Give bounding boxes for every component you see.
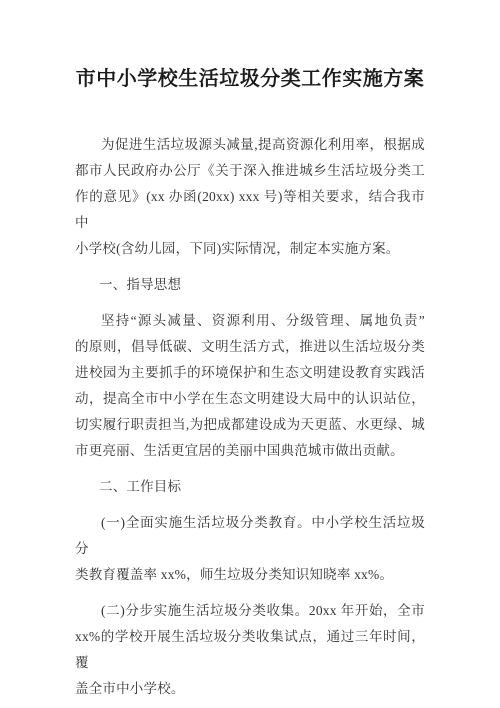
guiding-ideology-paragraph: 坚持“源头减量、资源利用、分级管理、属地负责” 的原则，倡导低碳、文明生活方式，… bbox=[75, 308, 425, 464]
paragraph-line: xx%的学校开展生活垃圾分类收集试点，通过三年时间，覆 bbox=[75, 624, 425, 676]
paragraph-line: 进校园为主要抓手的环境保护和生态文明建设教育实践活 bbox=[75, 360, 425, 386]
intro-paragraph: 为促进生活垃圾源头减量,提高资源化利用率，根据成 都市人民政府办公厅《关于深入推… bbox=[75, 132, 425, 262]
paragraph-line: 动，提高全市中小学在生态文明建设大局中的认识站位， bbox=[75, 386, 425, 412]
paragraph-line: 的原则，倡导低碳、文明生活方式，推进以生活垃圾分类 bbox=[75, 334, 425, 360]
objective-2-paragraph: (二)分步实施生活垃圾分类收集。20xx 年开始，全市 xx%的学校开展生活垃圾… bbox=[75, 598, 425, 702]
paragraph-line: (一)全面实施生活垃圾分类教育。中小学校生活垃圾分 bbox=[75, 510, 425, 562]
paragraph-line: 类教育覆盖率 xx%，师生垃圾分类知识知晓率 xx%。 bbox=[75, 562, 425, 588]
document-page: 市中小学校生活垃圾分类工作实施方案 为促进生活垃圾源头减量,提高资源化利用率，根… bbox=[0, 0, 500, 708]
paragraph-line: 小学校(含幼儿园，下同)实际情况，制定本实施方案。 bbox=[75, 236, 425, 262]
paragraph-line: (二)分步实施生活垃圾分类收集。20xx 年开始，全市 bbox=[75, 598, 425, 624]
paragraph-line: 盖全市中小学校。 bbox=[75, 676, 425, 702]
section-heading-guiding-ideology: 一、指导思想 bbox=[75, 272, 425, 298]
section-heading-work-objectives: 二、工作目标 bbox=[75, 474, 425, 500]
paragraph-line: 切实履行职责担当,为把成都建设成为天更蓝、水更绿、城 bbox=[75, 412, 425, 438]
paragraph-line: 都市人民政府办公厅《关于深入推进城乡生活垃圾分类工 bbox=[75, 158, 425, 184]
paragraph-line: 作的意见》(xx 办函(20xx) xxx 号)等相关要求，结合我市中 bbox=[75, 184, 425, 236]
paragraph-line: 市更亮丽、生活更宜居的美丽中国典范城市做出贡献。 bbox=[75, 438, 425, 464]
objective-1-paragraph: (一)全面实施生活垃圾分类教育。中小学校生活垃圾分 类教育覆盖率 xx%，师生垃… bbox=[75, 510, 425, 588]
paragraph-line: 坚持“源头减量、资源利用、分级管理、属地负责” bbox=[75, 308, 425, 334]
document-title: 市中小学校生活垃圾分类工作实施方案 bbox=[75, 66, 425, 92]
paragraph-line: 为促进生活垃圾源头减量,提高资源化利用率，根据成 bbox=[75, 132, 425, 158]
